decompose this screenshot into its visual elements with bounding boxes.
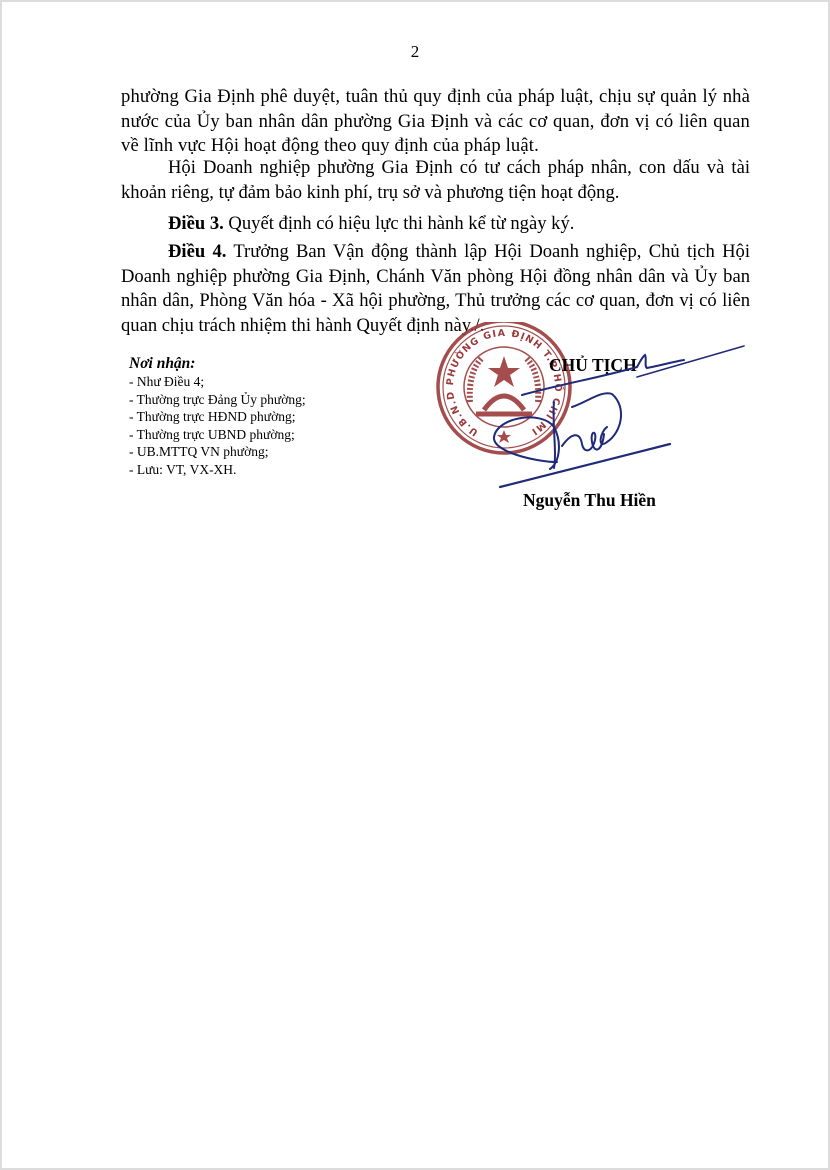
page-number: 2 [2,42,828,62]
recipient-item: - Thường trực HĐND phường; [129,408,306,426]
recipient-item: - Thường trực Đảng Ủy phường; [129,391,306,409]
signer-name: Nguyễn Thu Hiền [523,490,656,511]
article-3: Điều 3. Quyết định có hiệu lực thi hành … [121,212,750,237]
recipient-item: - Thường trực UBND phường; [129,426,306,444]
paragraph-continuation: phường Gia Định phê duyệt, tuân thủ quy … [121,85,750,159]
recipient-item: - Như Điều 4; [129,373,306,391]
recipient-item: - UB.MTTQ VN phường; [129,443,306,461]
article-label: Điều 4. [168,241,226,262]
article-label: Điều 3. [168,213,224,234]
paragraph-text: phường Gia Định phê duyệt, tuân thủ quy … [121,85,750,159]
paragraph-text: Hội Doanh nghiệp phường Gia Định có tư c… [121,156,750,205]
recipients-title: Nơi nhận: [129,355,306,373]
article-text: Quyết định có hiệu lực thi hành kể từ ng… [224,213,575,234]
paragraph-legal-status: Hội Doanh nghiệp phường Gia Định có tư c… [121,156,750,205]
recipients-list: Nơi nhận: - Như Điều 4; - Thường trực Đả… [129,355,306,478]
recipient-item: - Lưu: VT, VX-XH. [129,461,306,479]
document-page: 2 phường Gia Định phê duyệt, tuân thủ qu… [0,0,830,1170]
signature-block: U.B.N.D PHƯỜNG GIA ĐỊNH T.P HỒ CHÍ MINH … [432,322,762,522]
